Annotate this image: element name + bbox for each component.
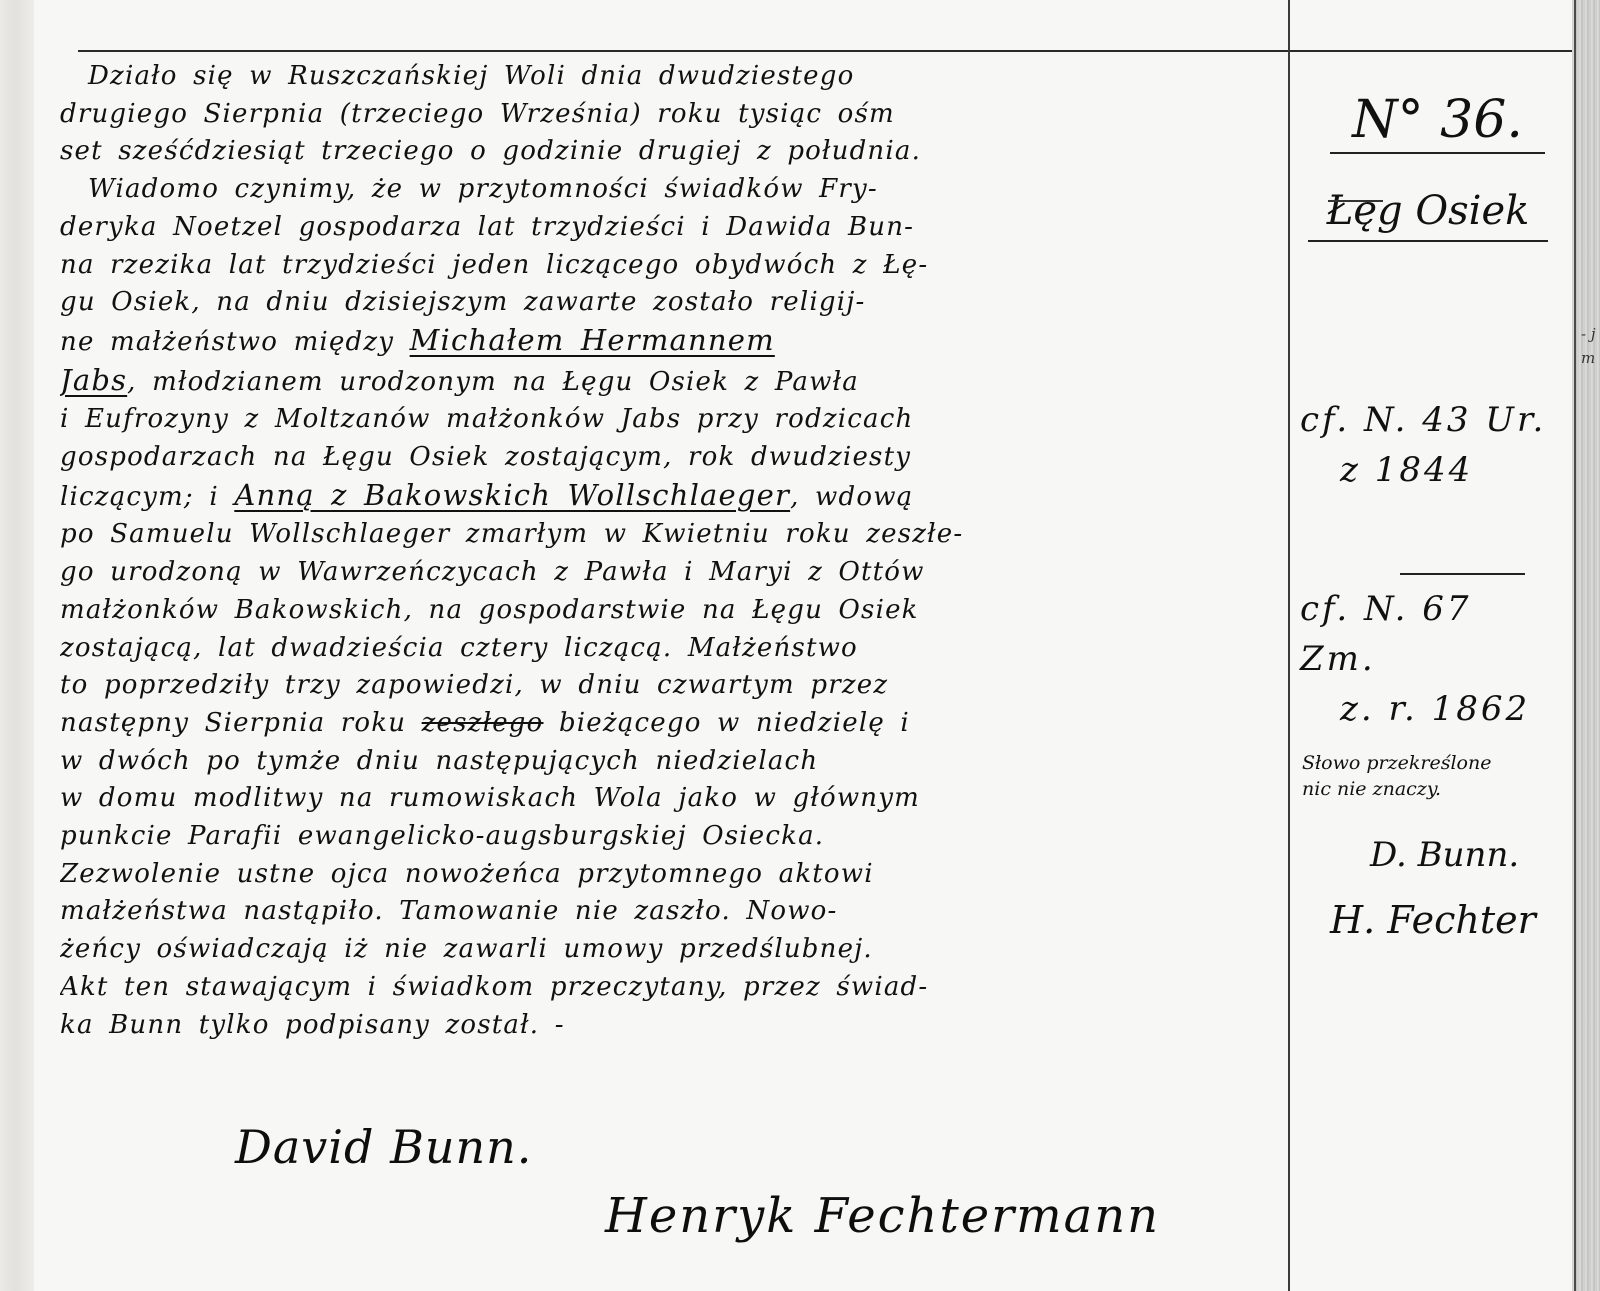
margin-column-divider <box>1288 0 1290 1291</box>
top-ruled-line <box>78 50 1572 52</box>
officiant-signature: Henryk Fechtermann <box>605 1188 1160 1244</box>
text-line: po Samuelu Wollschlaeger zmarłym w Kwiet… <box>60 516 1280 554</box>
birth-reference-number: cf. N. 43 Ur. <box>1300 400 1546 440</box>
text-fragment: , młodzianem urodzonym na Łęgu Osiek z P… <box>127 367 859 397</box>
text-line: Zezwolenie ustne ojca nowożeńca przytomn… <box>60 856 1280 894</box>
text-line: Działo się w Ruszczańskiej Woli dnia dwu… <box>60 58 1280 96</box>
death-reference-year: z. r. 1862 <box>1300 684 1560 734</box>
left-page-gutter <box>0 0 34 1291</box>
document-page: - j m Działo się w Ruszczańskiej Woli dn… <box>0 0 1600 1291</box>
text-line: w domu modlitwy na rumowiskach Wola jako… <box>60 780 1280 818</box>
binding-marks: - j m <box>1581 322 1600 370</box>
crossed-out-word: zeszłego <box>422 708 544 738</box>
text-line: zostającą, lat dwadzieścia cztery licząc… <box>60 630 1280 668</box>
place-name: Łęg Osiek <box>1308 182 1548 242</box>
text-fragment: bieżącego w niedzielę i <box>559 708 910 738</box>
death-reference-number: cf. N. 67 Zm. <box>1300 589 1471 679</box>
bride-name: Anną z Bakowskich Wollschlaeger <box>234 478 790 512</box>
witness-signature: David Bunn. <box>235 1120 532 1174</box>
text-line: liczącym; i Anną z Bakowskich Wollschlae… <box>60 477 1280 517</box>
groom-surname: Jabs <box>60 363 127 397</box>
text-line: deryka Noetzel gospodarza lat trzydzieśc… <box>60 209 1280 247</box>
text-line: ka Bunn tylko podpisany został. - <box>60 1007 1280 1045</box>
text-line: drugiego Sierpnia (trzeciego Września) r… <box>60 96 1280 134</box>
text-line: Jabs, młodzianem urodzonym na Łęgu Osiek… <box>60 362 1280 402</box>
text-line: na rzezika lat trzydzieści jeden liczące… <box>60 247 1280 285</box>
birth-reference-year: z 1844 <box>1300 445 1560 495</box>
text-line: punkcie Parafii ewangelicko-augsburgskie… <box>60 818 1280 856</box>
text-fragment: następny Sierpnia roku <box>60 708 406 738</box>
text-line: i Eufrozyny z Moltzanów małżonków Jabs p… <box>60 401 1280 439</box>
book-binding-edge <box>1572 0 1600 1291</box>
text-line: go urodzoną w Wawrzeńczycach z Pawła i M… <box>60 554 1280 592</box>
text-line: żeńcy oświadczają iż nie zawarli umowy p… <box>60 931 1280 969</box>
record-number: N° 36. <box>1330 88 1545 154</box>
correction-note-line: nic nie znaczy. <box>1302 776 1572 802</box>
text-fragment: ne małżeństwo między <box>60 327 394 357</box>
text-line: Wiadomo czynimy, że w przytomności świad… <box>60 171 1280 209</box>
birth-reference: cf. N. 43 Ur. z 1844 <box>1300 395 1560 495</box>
note-signature-bunn: D. Bunn. <box>1370 835 1519 875</box>
correction-note-line: Słowo przekreślone <box>1302 750 1572 776</box>
text-line: gu Osiek, na dniu dzisiejszym zawarte zo… <box>60 284 1280 322</box>
death-reference: cf. N. 67 Zm. z. r. 1862 <box>1300 584 1560 734</box>
correction-note: Słowo przekreślone nic nie znaczy. <box>1302 750 1572 802</box>
text-line: gospodarzach na Łęgu Osiek zostającym, r… <box>60 439 1280 477</box>
text-line: małżeństwa nastąpiło. Tamowanie nie zasz… <box>60 893 1280 931</box>
reference-divider-line <box>1400 573 1525 575</box>
text-line: ne małżeństwo między Michałem Hermannem <box>60 322 1280 362</box>
groom-name: Michałem Hermannem <box>410 323 775 357</box>
text-fragment: liczącym; i <box>60 482 219 512</box>
text-line: małżonków Bakowskich, na gospodarstwie n… <box>60 592 1280 630</box>
text-line: w dwóch po tymże dniu następujących nied… <box>60 743 1280 781</box>
text-line: set sześćdziesiąt trzeciego o godzinie d… <box>60 133 1280 171</box>
binding-rule-line <box>1574 0 1576 1291</box>
note-signature-fechter: H. Fechter <box>1330 898 1536 942</box>
record-body-text: Działo się w Ruszczańskiej Woli dnia dwu… <box>60 58 1280 1044</box>
text-fragment: , wdową <box>790 482 913 512</box>
text-line: następny Sierpnia roku zeszłego bieżąceg… <box>60 705 1280 743</box>
text-line: Akt ten stawającym i świadkom przeczytan… <box>60 969 1280 1007</box>
text-line: to poprzedziły trzy zapowiedzi, w dniu c… <box>60 667 1280 705</box>
